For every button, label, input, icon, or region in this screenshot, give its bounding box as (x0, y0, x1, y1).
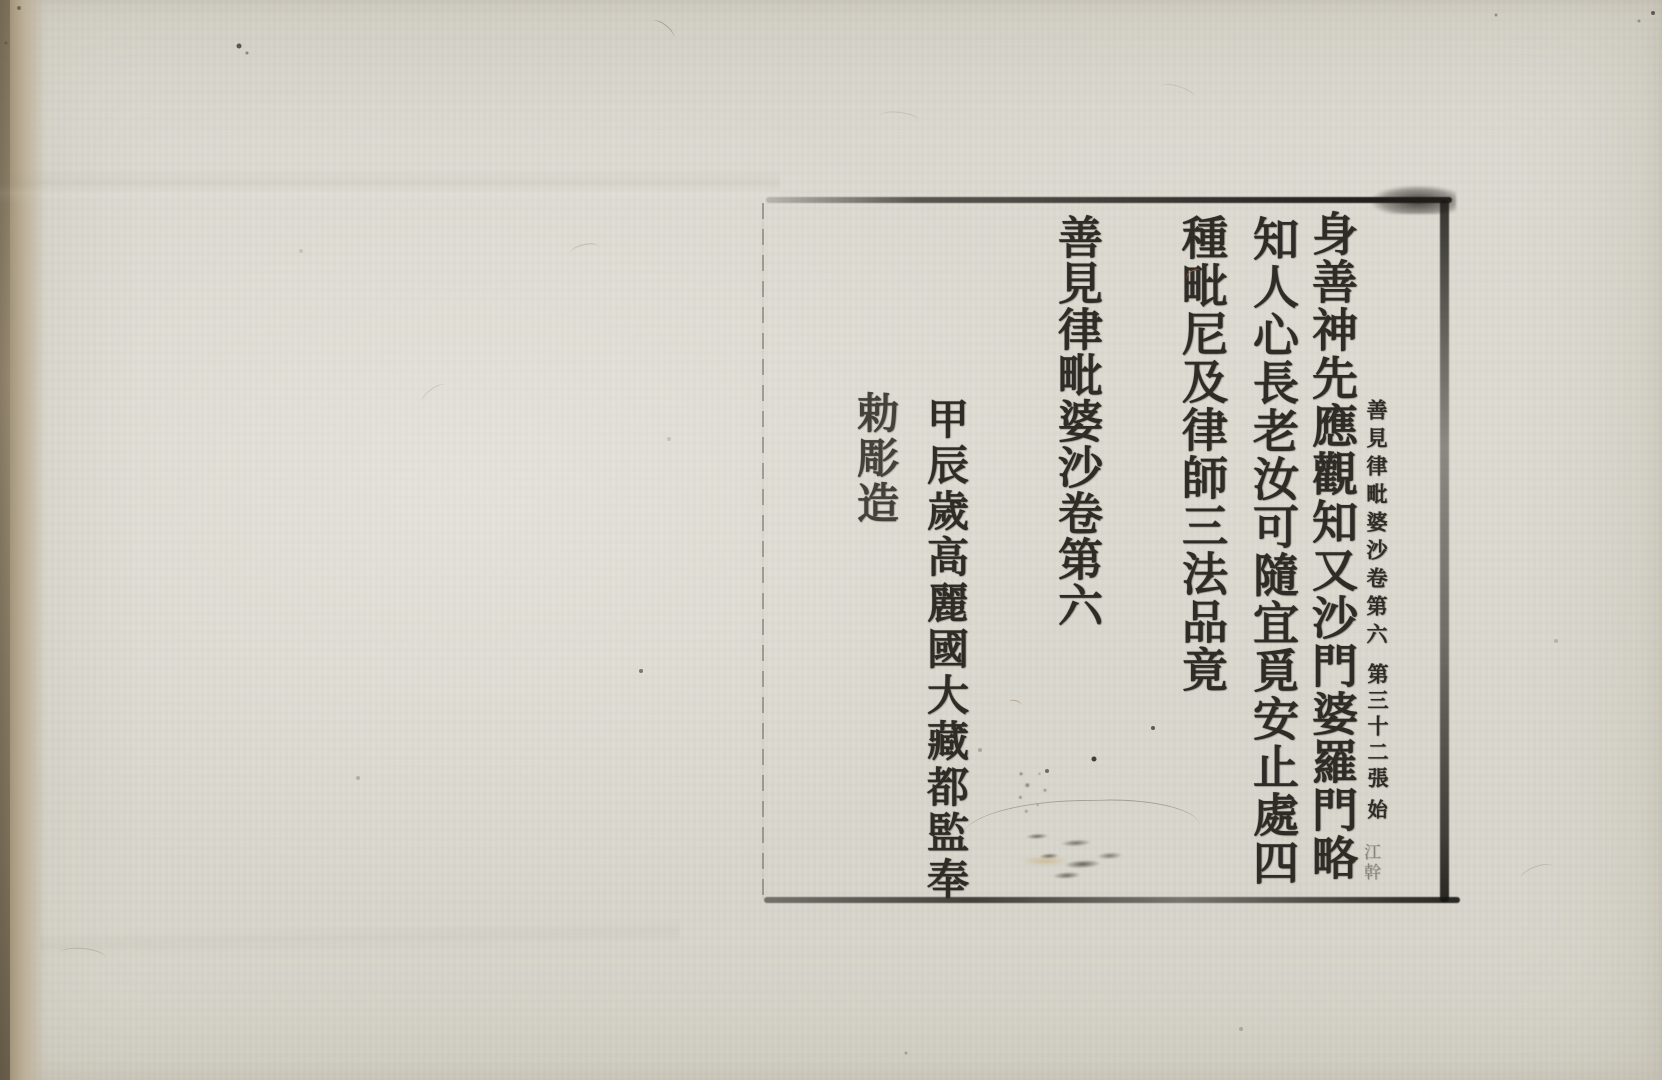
text-column-3: 種毗尼及律師三法品竟 (1169, 214, 1235, 694)
paper-texture (0, 0, 1662, 1080)
paper-fiber (649, 17, 676, 42)
paper-crease (40, 918, 680, 957)
scanned-page: 善見律毗婆沙卷第六 第三十二張 始 江幹 身善神先應觀知又沙門婆羅門略 知人心長… (0, 0, 1662, 1080)
paper-fiber (1519, 861, 1555, 885)
frame-left-border (762, 203, 764, 899)
paper-fiber (879, 109, 920, 127)
paper-fiber (1159, 81, 1197, 104)
margin-scroll-title: 善見律毗婆沙卷第六 (1361, 399, 1391, 651)
paper-stain (1020, 856, 1070, 866)
paper-scratch (962, 798, 1201, 837)
frame-top-border (766, 197, 1452, 203)
margin-sheet-position: 始 (1362, 799, 1391, 819)
paper-fiber (419, 381, 448, 406)
binding-edge (0, 0, 46, 1080)
paper-fiber (569, 241, 601, 260)
text-column-1: 身善神先應觀知又沙門婆羅門略 (1299, 210, 1365, 882)
paper-crease (0, 168, 780, 204)
margin-sheet-number: 第三十二張 (1362, 663, 1392, 793)
frame-bottom-border (764, 897, 1460, 903)
text-column-2: 知人心長老汝可隨宜覓安止處四 (1240, 215, 1306, 887)
frame-right-border (1440, 200, 1449, 902)
end-title: 善見律毗婆沙卷第六 (1044, 214, 1109, 628)
colophon-line-2: 勅彫造 (845, 391, 905, 526)
paper-specks (0, 0, 2, 2)
paper-fiber (1008, 699, 1021, 709)
